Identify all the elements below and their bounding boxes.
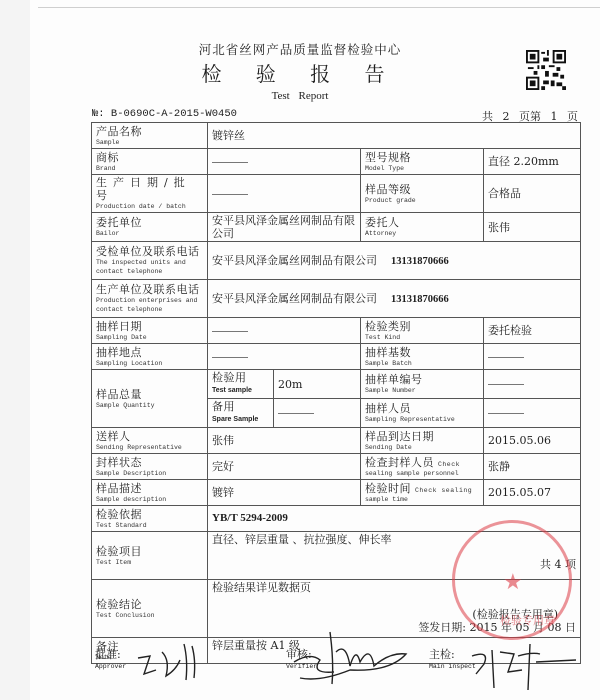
empty-dash	[488, 413, 524, 414]
main-inspector-signature: 主检: Main inspect	[429, 646, 476, 670]
empty-dash	[278, 413, 314, 414]
production-date-value	[208, 175, 361, 213]
qr-code-icon	[526, 50, 566, 90]
row-sampling-location: 抽样地点Sampling Location 抽样基数Sample Batch	[92, 344, 581, 370]
report-number: №: B-0690C-A-2015-W0450	[92, 108, 237, 120]
row-seal-status: 封样状态Sample Description 完好 检查封样人员 Checkse…	[92, 454, 581, 480]
inspected-units-phone: 13131870666	[391, 256, 449, 267]
model-type-value: 直径 2.20mm	[484, 149, 581, 175]
sampling-date-value	[208, 318, 361, 344]
attorney-value: 张伟	[484, 213, 581, 242]
production-enterprises-phone: 13131870666	[391, 294, 449, 305]
row-sampling-date: 抽样日期Sampling Date 检验类别Test Kind 委托检验	[92, 318, 581, 344]
row-production-enterprises: 生产单位及联系电话Production enterprises and cont…	[92, 280, 581, 318]
report-title: 检 验 报 告	[0, 58, 600, 87]
spare-sample-value	[274, 399, 361, 428]
seal-star-icon: ★	[503, 570, 523, 595]
row-sample-description: 样品描述Sample description 镀锌 检验时间 Check sea…	[92, 480, 581, 506]
bailor-value: 安平县风泽金属丝网制品有限公司	[208, 213, 361, 242]
seal-text: 检验专用章	[500, 612, 555, 628]
sample-description-value: 镀锌	[208, 480, 361, 506]
sending-rep-value: 张伟	[208, 428, 361, 454]
row-inspected-units: 受检单位及联系电话The inspected units and contact…	[92, 242, 581, 280]
empty-dash	[212, 331, 248, 332]
test-kind-value: 委托检验	[484, 318, 581, 344]
row-sending-rep: 送样人Sending Representative 张伟 样品到达日期Sendi…	[92, 428, 581, 454]
scan-shadow	[0, 0, 30, 700]
row-brand: 商标Brand 型号规格Model Type 直径 2.20mm	[92, 149, 581, 175]
product-grade-value: 合格品	[484, 175, 581, 213]
empty-dash	[488, 384, 524, 385]
inspected-units-value: 安平县风泽金属丝网制品有限公司 13131870666	[208, 242, 581, 280]
main-inspector-handwriting-icon	[470, 630, 580, 700]
verifier-handwriting-icon	[290, 622, 410, 692]
check-seal-personnel-value: 张静	[484, 454, 581, 480]
empty-dash	[212, 194, 248, 195]
scan-edge	[38, 7, 600, 8]
approver-signature: 批准: Approver	[95, 646, 126, 670]
report-title-en: Test Report	[0, 90, 600, 102]
row-sample-quantity-test: 样品总量Sample Quantity 检验用Test sample 20m 抽…	[92, 370, 581, 399]
approver-handwriting-icon	[130, 630, 210, 690]
sample-number-value	[484, 370, 581, 399]
check-time-value: 2015.05.07	[484, 480, 581, 506]
test-sample-value: 20m	[274, 370, 361, 399]
sampling-location-value	[208, 344, 361, 370]
sample-batch-value	[484, 344, 581, 370]
sending-date-value: 2015.05.06	[484, 428, 581, 454]
row-sample: 产品名称Sample 镀锌丝	[92, 123, 581, 149]
seal-status-value: 完好	[208, 454, 361, 480]
empty-dash	[212, 357, 248, 358]
row-production-date: 生产日期/批号Production date / batch 样品等级Produ…	[92, 175, 581, 213]
empty-dash	[488, 357, 524, 358]
organization-name: 河北省丝网产品质量监督检验中心	[0, 40, 600, 58]
row-bailor: 委托单位Bailor 安平县风泽金属丝网制品有限公司 委托人Attorney 张…	[92, 213, 581, 242]
production-enterprises-value: 安平县风泽金属丝网制品有限公司 13131870666	[208, 280, 581, 318]
brand-value	[208, 149, 361, 175]
sampling-rep-value	[484, 399, 581, 428]
empty-dash	[212, 162, 248, 163]
sample-value: 镀锌丝	[208, 123, 581, 149]
